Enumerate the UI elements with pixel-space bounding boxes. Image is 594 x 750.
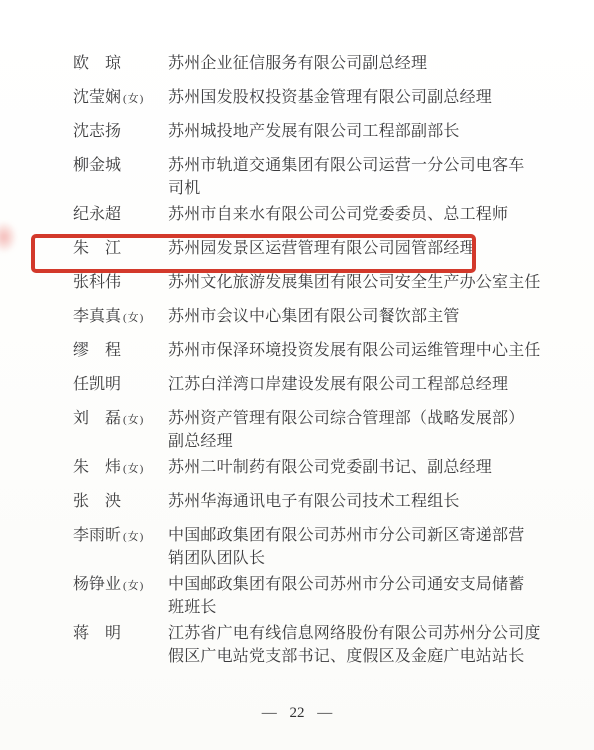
person-title: 苏州二叶制药有限公司党委副书记、副总经理 bbox=[168, 456, 492, 481]
person-name: 李雨昕 bbox=[73, 527, 121, 544]
person-title: 苏州园发景区运营管理有限公司园管部经理 bbox=[168, 237, 476, 262]
roster-row: 沈莹娴(女) 苏州国发股权投资基金管理有限公司副总经理 bbox=[73, 86, 541, 111]
person-title: 苏州企业征信服务有限公司副总经理 bbox=[168, 52, 427, 77]
scan-artifact-smudge bbox=[0, 221, 17, 253]
person-title: 苏州资产管理有限公司综合管理部（战略发展部） 副总经理 bbox=[168, 407, 524, 453]
gender-note: (女) bbox=[123, 531, 144, 543]
person-title: 苏州文化旅游发展集团有限公司安全生产办公室主任 bbox=[168, 271, 541, 296]
roster-row: 张 泱 苏州华海通讯电子有限公司技术工程组长 bbox=[73, 490, 541, 515]
person-title: 江苏省广电有线信息网络股份有限公司苏州分公司度 假区广电站党支部书记、度假区及金… bbox=[168, 622, 541, 668]
person-title: 苏州华海通讯电子有限公司技术工程组长 bbox=[168, 490, 460, 515]
gender-note: (女) bbox=[123, 580, 144, 592]
person-name: 刘 磊 bbox=[73, 410, 121, 427]
roster-row: 柳金城 苏州市轨道交通集团有限公司运营一分公司电客车 司机 bbox=[73, 154, 541, 200]
person-name: 柳金城 bbox=[73, 157, 121, 174]
document-page: 欧 琼 苏州企业征信服务有限公司副总经理 沈莹娴(女) 苏州国发股权投资基金管理… bbox=[0, 0, 594, 750]
roster-row: 沈志扬 苏州城投地产发展有限公司工程部副部长 bbox=[73, 120, 541, 145]
roster-row: 李雨昕(女) 中国邮政集团有限公司苏州市分公司新区寄递部营 销团队团队长 bbox=[73, 524, 541, 570]
roster-list: 欧 琼 苏州企业征信服务有限公司副总经理 沈莹娴(女) 苏州国发股权投资基金管理… bbox=[73, 52, 541, 671]
gender-note: (女) bbox=[123, 312, 144, 324]
person-title: 苏州市轨道交通集团有限公司运营一分公司电客车 司机 bbox=[168, 154, 524, 200]
person-name: 李真真 bbox=[73, 308, 121, 325]
roster-row: 李真真(女) 苏州市会议中心集团有限公司餐饮部主管 bbox=[73, 305, 541, 330]
roster-row: 朱 炜(女) 苏州二叶制药有限公司党委副书记、副总经理 bbox=[73, 456, 541, 481]
person-name: 缪 程 bbox=[73, 342, 121, 359]
roster-row-highlighted: 朱 江 苏州园发景区运营管理有限公司园管部经理 bbox=[73, 237, 541, 262]
roster-row: 缪 程 苏州市保泽环境投资发展有限公司运维管理中心主任 bbox=[73, 339, 541, 364]
person-title: 苏州市保泽环境投资发展有限公司运维管理中心主任 bbox=[168, 339, 541, 364]
page-number: — 22 — bbox=[0, 705, 594, 722]
person-name: 张 泱 bbox=[73, 493, 121, 510]
person-title: 中国邮政集团有限公司苏州市分公司通安支局储蓄 班班长 bbox=[168, 573, 524, 619]
person-name: 朱 炜 bbox=[73, 459, 121, 476]
person-name: 朱 江 bbox=[73, 240, 121, 257]
roster-row: 刘 磊(女) 苏州资产管理有限公司综合管理部（战略发展部） 副总经理 bbox=[73, 407, 541, 453]
roster-row: 欧 琼 苏州企业征信服务有限公司副总经理 bbox=[73, 52, 541, 77]
person-title: 苏州市自来水有限公司公司党委委员、总工程师 bbox=[168, 203, 508, 228]
gender-note: (女) bbox=[123, 414, 144, 426]
person-title: 苏州国发股权投资基金管理有限公司副总经理 bbox=[168, 86, 492, 111]
roster-row: 纪永超 苏州市自来水有限公司公司党委委员、总工程师 bbox=[73, 203, 541, 228]
person-title: 苏州市会议中心集团有限公司餐饮部主管 bbox=[168, 305, 460, 330]
roster-row: 任凯明 江苏白洋湾口岸建设发展有限公司工程部总经理 bbox=[73, 373, 541, 398]
gender-note: (女) bbox=[123, 93, 144, 105]
person-name: 欧 琼 bbox=[73, 55, 121, 72]
gender-note: (女) bbox=[123, 463, 144, 475]
roster-row: 张科伟 苏州文化旅游发展集团有限公司安全生产办公室主任 bbox=[73, 271, 541, 296]
person-name: 沈莹娴 bbox=[73, 89, 121, 106]
person-name: 沈志扬 bbox=[73, 123, 121, 140]
person-title: 江苏白洋湾口岸建设发展有限公司工程部总经理 bbox=[168, 373, 508, 398]
person-name: 杨铮业 bbox=[73, 576, 121, 593]
person-name: 蒋 明 bbox=[73, 625, 121, 642]
roster-row: 蒋 明 江苏省广电有线信息网络股份有限公司苏州分公司度 假区广电站党支部书记、度… bbox=[73, 622, 541, 668]
roster-row: 杨铮业(女) 中国邮政集团有限公司苏州市分公司通安支局储蓄 班班长 bbox=[73, 573, 541, 619]
person-name: 张科伟 bbox=[73, 274, 121, 291]
person-name: 纪永超 bbox=[73, 206, 121, 223]
person-title: 中国邮政集团有限公司苏州市分公司新区寄递部营 销团队团队长 bbox=[168, 524, 524, 570]
person-name: 任凯明 bbox=[73, 376, 121, 393]
person-title: 苏州城投地产发展有限公司工程部副部长 bbox=[168, 120, 460, 145]
